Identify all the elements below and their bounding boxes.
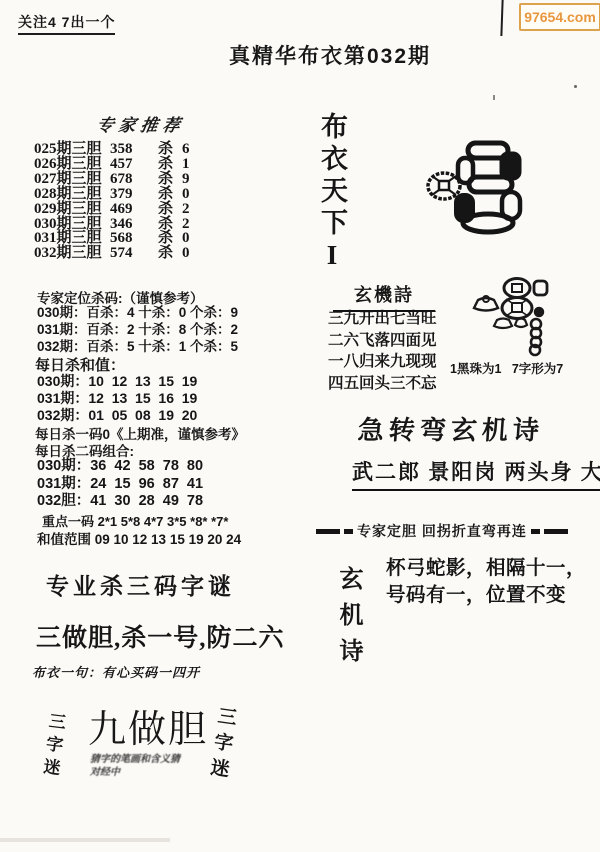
period-cell: 032期三胆 [34, 246, 110, 261]
digit-six-sketch-figure [418, 128, 533, 243]
poem-line: 四五回头三不忘 [328, 373, 437, 395]
poem-line: 二六飞落四面见 [328, 330, 437, 352]
kill-cell: 2 [182, 202, 196, 217]
coin-ingot-icon [462, 272, 557, 357]
scan-artifact-dot [574, 85, 577, 88]
buyi-one-sentence: 布衣一句：有心买码一四开 [32, 662, 200, 681]
expert-history-table: 025期三胆358杀6 026期三胆457杀1 027期三胆678杀9 028期… [34, 142, 196, 261]
nine-dan-riddle: 九做胆 [88, 698, 208, 753]
divider-dash [316, 529, 340, 534]
daily-sum-heading: 每日杀和值： [35, 354, 125, 375]
list-item: 030期：百杀：4 十杀：0 个杀：9 [37, 305, 238, 322]
six-figure-icon [418, 128, 533, 243]
couplet-line: 杯弓蛇影，相隔十一， [386, 556, 586, 583]
kill-cell: 0 [182, 246, 196, 261]
expert-list-heading: 专家推荐 [95, 111, 187, 136]
kill-cell: 9 [182, 172, 196, 187]
value-cell: 346 [110, 217, 158, 232]
scan-artifact-line [500, 0, 503, 36]
value-cell: 678 [110, 172, 158, 187]
bead-legend-caption: 1黑珠为1 7字形为7 [450, 359, 563, 377]
divider-dash [544, 529, 568, 534]
kill-position-rows: 030期：百杀：4 十杀：0 个杀：9 031期：百杀：2 十杀：8 个杀：2 … [37, 305, 238, 355]
page-title: 真精华布衣第032期 [60, 40, 600, 70]
kill-label-cell: 杀 [158, 187, 182, 202]
kill-position-heading: 专家定位杀码:（谨慎参考） [37, 287, 204, 307]
period-cell: 029期三胆 [34, 202, 110, 217]
value-cell: 358 [110, 142, 158, 157]
list-item: 031期：12 13 15 16 19 [37, 390, 197, 407]
note-line: 对经中 [90, 766, 180, 779]
table-row: 026期三胆457杀1 [34, 157, 196, 172]
expert-dan-divider: 专家定胆 回拐折直弯再连 [316, 521, 594, 541]
divider-dash [344, 529, 353, 534]
period-cell: 025期三胆 [34, 142, 110, 157]
xuanji-poem: 三九开出七当旺 二六飞落四面见 一八归来九现现 四五回头三不忘 [328, 308, 437, 394]
table-row: 028期三胆379杀0 [34, 187, 196, 202]
riddle-main-line: 三做胆,杀一号,防二六 [36, 618, 285, 654]
list-item: 032期：百杀：5 十杀：1 个杀：5 [37, 339, 238, 356]
kill-label-cell: 杀 [158, 157, 182, 172]
scan-artifact-tick [493, 95, 495, 100]
kill-label-cell: 杀 [158, 202, 182, 217]
watermark-site-link[interactable]: 97654.com [519, 3, 600, 31]
table-row: 025期三胆358杀6 [34, 142, 196, 157]
daily-two-code-rows: 030期：36 42 58 78 80 031期：24 15 96 87 41 … [37, 458, 203, 511]
daily-sum-rows: 030期：10 12 13 15 19 031期：12 13 15 16 19 … [37, 373, 197, 425]
value-cell: 457 [110, 157, 158, 172]
value-cell: 379 [110, 187, 158, 202]
sharp-turn-poem-line: 武二郎 景阳岗 两头身 大头鬼 [352, 456, 600, 491]
sharp-turn-poem-title: 急转弯玄机诗 [357, 410, 546, 447]
kill-label-cell: 杀 [158, 246, 182, 261]
lottery-sheet-page: 关注4 7出一个 97654.com 真精华布衣第032期 专家推荐 025期三… [0, 0, 600, 852]
period-cell: 028期三胆 [34, 187, 110, 202]
kill-label-cell: 杀 [158, 142, 182, 157]
value-cell: 568 [110, 231, 158, 246]
sum-range-line: 和值范围 09 10 12 13 15 19 20 24 [37, 528, 241, 548]
daily-two-code-heading: 每日杀二码组合: [35, 440, 134, 460]
riddle-title: 专业杀三码字谜 [46, 568, 235, 601]
kill-cell: 0 [182, 187, 196, 202]
list-item: 031期：百杀：2 十杀：8 个杀：2 [37, 322, 238, 339]
period-cell: 026期三胆 [34, 157, 110, 172]
three-word-riddle-label-left: 三字迷 [36, 711, 69, 783]
value-cell: 469 [110, 202, 158, 217]
kill-cell: 0 [182, 231, 196, 246]
list-item: 032胆：41 30 28 49 78 [37, 493, 203, 511]
list-item: 030期：36 42 58 78 80 [37, 458, 203, 476]
kill-cell: 2 [182, 217, 196, 232]
mystery-couplet: 杯弓蛇影，相隔十一， 号码有一，位置不变 [386, 556, 586, 609]
xuanjishi-vertical-label: 玄机诗 [331, 566, 366, 674]
three-word-riddle-label-right: 三字迷 [203, 705, 241, 786]
buyi-tianxia-vertical-title: 布衣天下I [313, 112, 352, 275]
kill-label-cell: 杀 [158, 172, 182, 187]
couplet-line: 号码有一，位置不变 [386, 583, 586, 610]
list-item: 030期：10 12 13 15 19 [37, 373, 197, 390]
table-row: 027期三胆678杀9 [34, 172, 196, 187]
coins-ingots-sketch-figure [462, 272, 557, 357]
kill-cell: 1 [182, 157, 196, 172]
poem-line: 三九开出七当旺 [328, 308, 437, 330]
value-cell: 574 [110, 246, 158, 261]
kill-cell: 6 [182, 142, 196, 157]
divider-text: 专家定胆 回拐折直弯再连 [357, 521, 527, 541]
riddle-small-note: 猜字的笔画和含义猜 对经中 [90, 753, 180, 779]
top-note: 关注4 7出一个 [18, 12, 115, 35]
note-line: 猜字的笔画和含义猜 [90, 753, 180, 766]
table-row: 032期三胆574杀0 [34, 246, 196, 261]
period-cell: 027期三胆 [34, 172, 110, 187]
divider-dash [531, 529, 540, 534]
list-item: 031期：24 15 96 87 41 [37, 476, 203, 494]
scan-smudge [0, 838, 170, 842]
table-row: 029期三胆469杀2 [34, 202, 196, 217]
poem-line: 一八归来九现现 [328, 351, 437, 373]
